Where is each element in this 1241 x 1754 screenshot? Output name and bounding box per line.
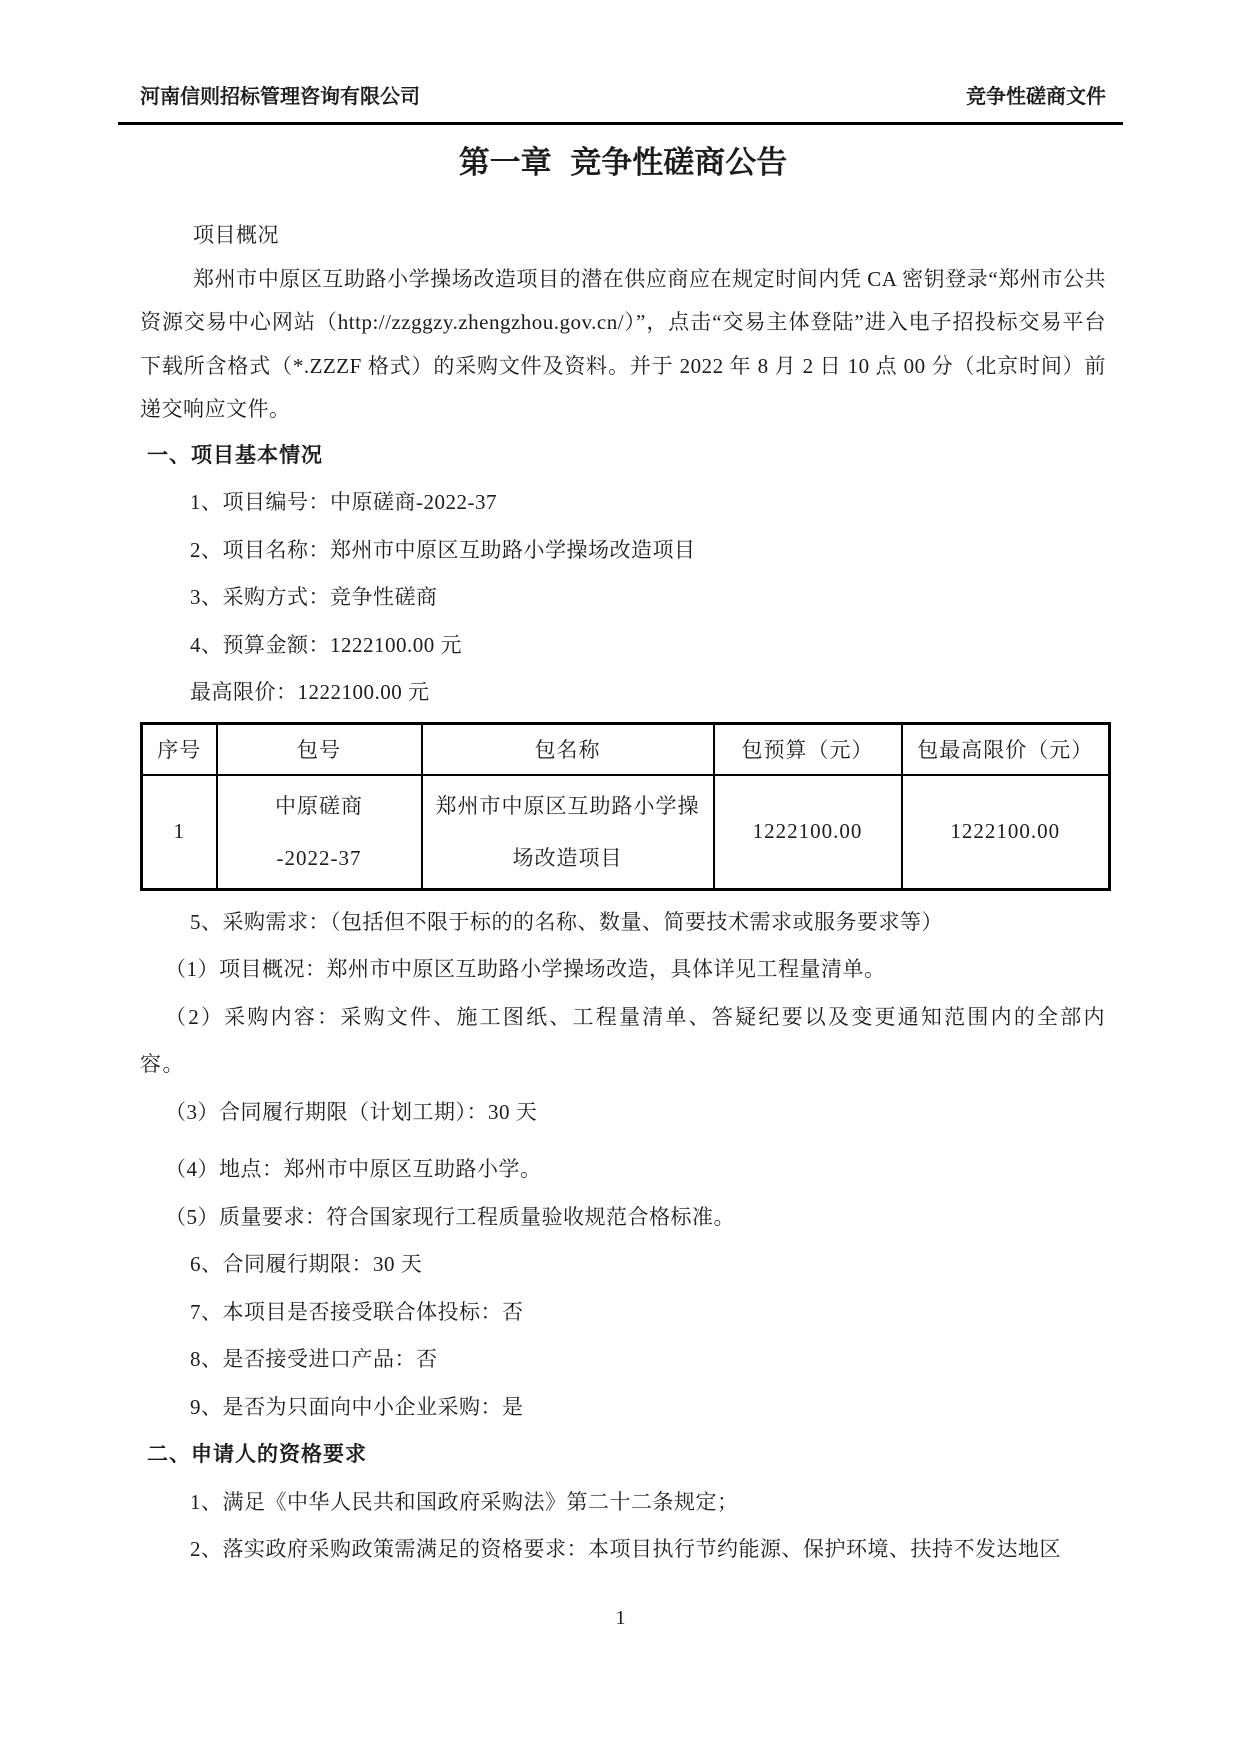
overview-paragraph: 郑州市中原区互助路小学操场改造项目的潜在供应商应在规定时间内凭 CA 密钥登录“… — [140, 258, 1106, 432]
cell-max-price: 1222100.00 — [902, 775, 1110, 890]
item-demand-overview: （1）项目概况：郑州市中原区互助路小学操场改造，具体详见工程量清单。 — [140, 946, 1106, 994]
header-cell-package-no: 包号 — [217, 723, 422, 775]
item-sme-only: 9、是否为只面向中小企业采购：是 — [140, 1384, 1106, 1432]
overview-label: 项目概况 — [140, 214, 1106, 258]
header-rule — [118, 122, 1123, 125]
section-heading-basic-info: 一、项目基本情况 — [140, 432, 1106, 480]
chapter-title: 第一章 竞争性磋商公告 — [140, 141, 1106, 185]
item-qualification-law: 1、满足《中华人民共和国政府采购法》第二十二条规定； — [140, 1479, 1106, 1527]
section-heading-qualification: 二、申请人的资格要求 — [140, 1431, 1106, 1479]
item-max-price: 最高限价：1222100.00 元 — [140, 669, 1106, 717]
item-project-name: 2、项目名称：郑州市中原区互助路小学操场改造项目 — [140, 527, 1106, 575]
item-procurement-demand: 5、采购需求：（包括但不限于标的的名称、数量、简要技术需求或服务要求等） — [140, 899, 1106, 947]
item-imported-products: 8、是否接受进口产品：否 — [140, 1336, 1106, 1384]
header-cell-budget: 包预算（元） — [714, 723, 902, 775]
item-budget-amount: 4、预算金额：1222100.00 元 — [140, 622, 1106, 670]
package-table-header-row: 序号 包号 包名称 包预算（元） 包最高限价（元） — [142, 723, 1110, 775]
header-cell-package-name: 包名称 — [422, 723, 714, 775]
document-page: 河南信则招标管理咨询有限公司 竞争性磋商文件 第一章 竞争性磋商公告 项目概况 … — [0, 0, 1241, 1754]
item-procurement-method: 3、采购方式：竞争性磋商 — [140, 574, 1106, 622]
item-demand-duration: （3）合同履行期限（计划工期）：30 天 — [140, 1089, 1106, 1137]
item-demand-quality: （5）质量要求：符合国家现行工程质量验收规范合格标准。 — [140, 1194, 1106, 1242]
header-cell-max-price: 包最高限价（元） — [902, 723, 1110, 775]
item-consortium-bid: 7、本项目是否接受联合体投标：否 — [140, 1289, 1106, 1337]
cell-budget: 1222100.00 — [714, 775, 902, 890]
item-demand-content: （2）采购内容：采购文件、施工图纸、工程量清单、答疑纪要以及变更通知范围内的全部… — [140, 994, 1106, 1089]
page-number: 1 — [0, 1598, 1241, 1638]
header-doc-type: 竞争性磋商文件 — [966, 84, 1106, 110]
cell-seq: 1 — [142, 775, 217, 890]
package-table-row: 1 中原磋商 -2022-37 郑州市中原区互助路小学操 场改造项目 12221… — [142, 775, 1110, 890]
cell-package-name: 郑州市中原区互助路小学操 场改造项目 — [422, 775, 714, 890]
header-cell-seq: 序号 — [142, 723, 217, 775]
header-company: 河南信则招标管理咨询有限公司 — [140, 84, 420, 110]
page-header: 河南信则招标管理咨询有限公司 竞争性磋商文件 — [140, 0, 1106, 110]
item-demand-location: （4）地点：郑州市中原区互助路小学。 — [140, 1146, 1106, 1194]
item-contract-term: 6、合同履行期限：30 天 — [140, 1241, 1106, 1289]
package-table: 序号 包号 包名称 包预算（元） 包最高限价（元） 1 中原磋商 -2022-3… — [140, 722, 1111, 891]
item-qualification-policy: 2、落实政府采购政策需满足的资格要求：本项目执行节约能源、保护环境、扶持不发达地… — [140, 1526, 1106, 1574]
item-project-number: 1、项目编号：中原磋商-2022-37 — [140, 479, 1106, 527]
cell-package-no: 中原磋商 -2022-37 — [217, 775, 422, 890]
